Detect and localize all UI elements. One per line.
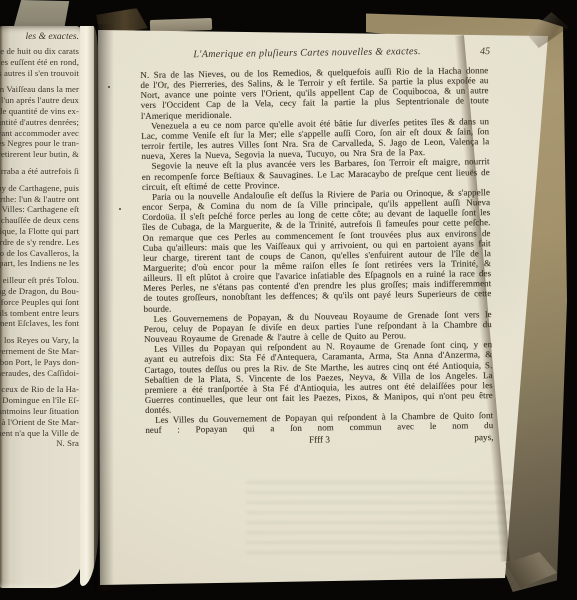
left-page-text-column: les & exactes. que de huit ou dix carats… (0, 31, 79, 449)
spacer (146, 442, 310, 444)
left-text-line: e des Negres pour le tran- (0, 138, 79, 149)
left-text-line: rdre de s'y rendre. Les (0, 237, 79, 248)
left-text-line: nantité d'autres denrées; (0, 117, 79, 128)
left-text-line: ils tombent entre leurs (0, 308, 79, 319)
left-text-line: ipart, les Indiens ne les (0, 258, 79, 269)
fore-edge-sliver (150, 18, 212, 32)
left-text-line: e chauſſée de deux cens (0, 215, 79, 226)
left-text-line: n Domingue en l'île Eſ- (0, 395, 79, 406)
left-text-line: ennent Eſclaves, les font (0, 318, 79, 329)
paragraph: Segovie la neuve eſt la plus avancée ver… (142, 157, 490, 192)
left-text-line: à l'Orient de Ste Mar- (0, 417, 79, 428)
paragraph: Venezuela a eu ce nom parce qu'elle avoi… (141, 116, 490, 161)
left-text-lines: que de huit ou dix caratselles euſſent é… (0, 46, 79, 438)
paragraph: Les Gouvernemens de Popayan, & du Nouvea… (144, 309, 492, 344)
left-text-line: go de los Cavalleros, la (0, 248, 79, 259)
left-text-line: uvant accommoder avec (0, 128, 79, 139)
signature-mark: Ffff 3 (309, 434, 330, 444)
left-text-line: s Villes: Carthagene eſt (0, 204, 79, 215)
page-number: 45 (480, 46, 490, 57)
left-page: les & exactes. que de huit ou dix carats… (0, 26, 82, 588)
left-text-line: meraudes, des Caſſidoi- (0, 368, 79, 379)
left-text-line: elles euſſent été en rond, (0, 57, 79, 68)
left-running-header: les & exactes. (0, 31, 79, 43)
left-text-line: uvernement de Ste Mar- (0, 346, 79, 357)
left-catchword: N. Sra (0, 438, 79, 449)
book-photograph: les & exactes. que de huit ou dix carats… (0, 0, 577, 600)
left-text-line: prit l'un aprés l'autre deux (0, 95, 79, 106)
left-text-line: Urraba a été autrefois ſi (0, 166, 79, 177)
left-text-line: ment n'a que la Ville de (0, 428, 79, 439)
left-text-line: neantmoins leur ſituation (0, 406, 79, 417)
left-text-line: rthe: l'un & l'autre ont (0, 194, 79, 205)
right-page-text-block: L'Amerique en pluſieurs Cartes nouvelles… (140, 45, 494, 446)
left-text-line: los Reyes ou Vary, la (0, 335, 79, 346)
left-text-line: e force Peuples qui ſont (0, 297, 79, 308)
left-text-line: ique, la Flotte qui part (0, 226, 79, 237)
left-text-line: la ſon Vaiſſeau dans la mer (0, 84, 79, 95)
body-paragraphs: N. Sra de las Nieves, ou de los Remedios… (140, 65, 493, 435)
left-text-line: retirerent leur butin, & (0, 149, 79, 160)
catchword: pays, (474, 432, 493, 442)
paper-speck (119, 208, 121, 210)
paragraph: Paria ou la nouvelle Andalouſie eſt deſſ… (142, 187, 492, 314)
left-text-line: luy de Carthagene, puis (0, 183, 79, 194)
showthrough-blotch (246, 481, 526, 556)
paragraph: N. Sra de las Nieves, ou de los Remedios… (140, 65, 489, 121)
left-text-line: & de quantité de vins ex- (0, 106, 79, 117)
left-text-line: eilleur eſt prés Tolou. (0, 275, 79, 286)
left-text-line: ng de Dragon, du Bou- (0, 286, 79, 297)
left-text-line: que de huit ou dix carats (0, 46, 79, 57)
paragraph: Les Villes du Popayan qui reſpondent au … (144, 339, 493, 415)
left-page-curled-edge (80, 26, 99, 586)
paper-speck (108, 86, 110, 88)
left-text-line: ceux de Rio de la Ha- (0, 384, 79, 395)
left-text-line: les autres il s'en trouvoit (0, 68, 79, 79)
left-text-line: n bon Port, le Pays don- (0, 357, 79, 368)
